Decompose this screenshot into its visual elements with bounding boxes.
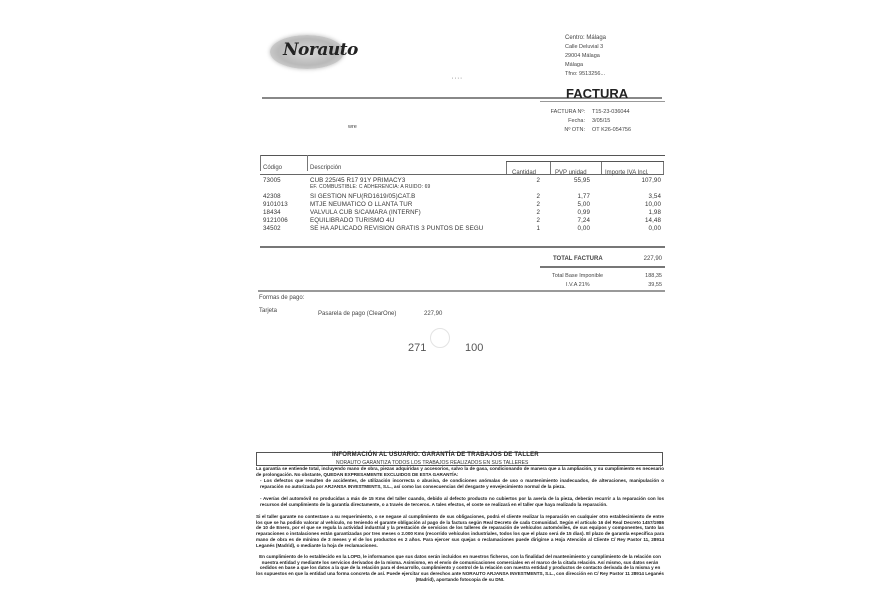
item-quantity: 1 [522, 225, 540, 232]
item-total: 0,00 [625, 225, 661, 232]
item-description: CUB 225/45 R17 91Y PRIMACY3 [310, 177, 405, 184]
payment-heading: Formas de pago: [259, 295, 304, 301]
item-total: 3,54 [625, 193, 661, 200]
item-unit-price: 0,99 [560, 209, 590, 216]
base-label: Total Base Imponible [552, 273, 603, 279]
table-border-desc [307, 155, 308, 171]
invoice-number-value: T15-23-036044 [592, 109, 630, 115]
item-total: 14,48 [625, 217, 661, 224]
logo-text: Norauto [283, 40, 358, 60]
invoice-ot-label: Nº OTN: [525, 127, 585, 133]
item-unit-price: 0,00 [560, 225, 590, 232]
item-description: SE HA APLICADO REVISION GRATIS 3 PUNTOS … [310, 225, 483, 232]
scanned-invoice-page: Norauto ' ' ' ' Centro: Málaga Calle Del… [0, 0, 880, 600]
invoice-ot-value: OT K26-054756 [592, 127, 631, 133]
item-code: 9101013 [263, 201, 288, 208]
company-logo: Norauto [270, 35, 344, 69]
header-marks: ' ' ' ' [452, 78, 462, 84]
col-header-code: Código [263, 165, 282, 171]
total-value: 227,90 [630, 256, 662, 262]
item-description: EQUILIBRADO TURISMO 4U [310, 217, 394, 224]
col-header-unit-price: PVP unidad [555, 170, 587, 176]
item-description: EF. COMBUSTIBLE: C ADHERENCIA: A RUIDO: … [310, 184, 430, 190]
customer-label: wre [348, 124, 357, 130]
iva-value: 39,55 [630, 282, 662, 288]
item-quantity: 2 [522, 193, 540, 200]
item-unit-price: 55,95 [560, 177, 590, 184]
faint-stamp-mark [430, 328, 450, 348]
item-total: 1,98 [625, 209, 661, 216]
item-description: MTJE NEUMATICO O LLANTA TUR [310, 201, 412, 208]
table-border-qty [506, 161, 507, 175]
base-value: 188,35 [630, 273, 662, 279]
payment-amount: 227,90 [424, 311, 442, 317]
item-quantity: 2 [522, 217, 540, 224]
title-underline [540, 101, 665, 102]
item-code: 18434 [263, 209, 281, 216]
item-code: 9121006 [263, 217, 288, 224]
item-quantity: 2 [522, 177, 540, 184]
table-border-pvp [550, 161, 551, 175]
item-unit-price: 1,77 [560, 193, 590, 200]
item-unit-price: 5,00 [560, 201, 590, 208]
item-description: SI GESTION NFU(RD1619/05)CAT.B [310, 193, 415, 200]
col-header-description: Descripción [310, 165, 341, 171]
overlay-number-right: 100 [465, 342, 483, 354]
table-border-imp [601, 161, 602, 175]
item-unit-price: 7,24 [560, 217, 590, 224]
item-total: 10,00 [625, 201, 661, 208]
item-code: 34502 [263, 225, 281, 232]
payment-gateway: Pasarela de pago (ClearOne) [318, 311, 396, 317]
table-border-left [260, 155, 261, 171]
address-line2: 29004 Málaga [565, 53, 600, 59]
city: Málaga [565, 62, 583, 68]
col-header-total: Importe IVA Incl. [605, 170, 649, 176]
centre-name: Centro: Málaga [565, 35, 606, 41]
phone: Tfno: 9513256... [565, 71, 605, 77]
address-line1: Calle Deluvial 3 [565, 44, 603, 50]
payment-divider [258, 290, 665, 292]
items-bottom-divider [260, 246, 665, 248]
col-header-quantity: Cantidad [512, 170, 536, 176]
item-description: VALVULA CUB S/CAMARA (INTERNF) [310, 209, 421, 216]
table-border-right [663, 161, 664, 175]
iva-label: I.V.A 21% [566, 282, 590, 288]
payment-method: Tarjeta [259, 308, 277, 314]
item-code: 42308 [263, 193, 281, 200]
invoice-number-label: FACTURA Nº: [525, 109, 585, 115]
table-top-border-right [506, 161, 664, 162]
invoice-date-value: 3/05/15 [592, 118, 610, 124]
invoice-title: FACTURA [566, 86, 628, 101]
invoice-date-label: Fecha: [525, 118, 585, 124]
total-label: TOTAL FACTURA [553, 256, 603, 262]
item-quantity: 2 [522, 209, 540, 216]
table-top-border [260, 155, 665, 156]
overlay-number-left: 271 [408, 342, 426, 354]
item-total: 107,90 [625, 177, 661, 184]
item-quantity: 2 [522, 201, 540, 208]
table-header-bottom [260, 174, 664, 175]
item-code: 73005 [263, 177, 281, 184]
total-divider [540, 266, 665, 268]
